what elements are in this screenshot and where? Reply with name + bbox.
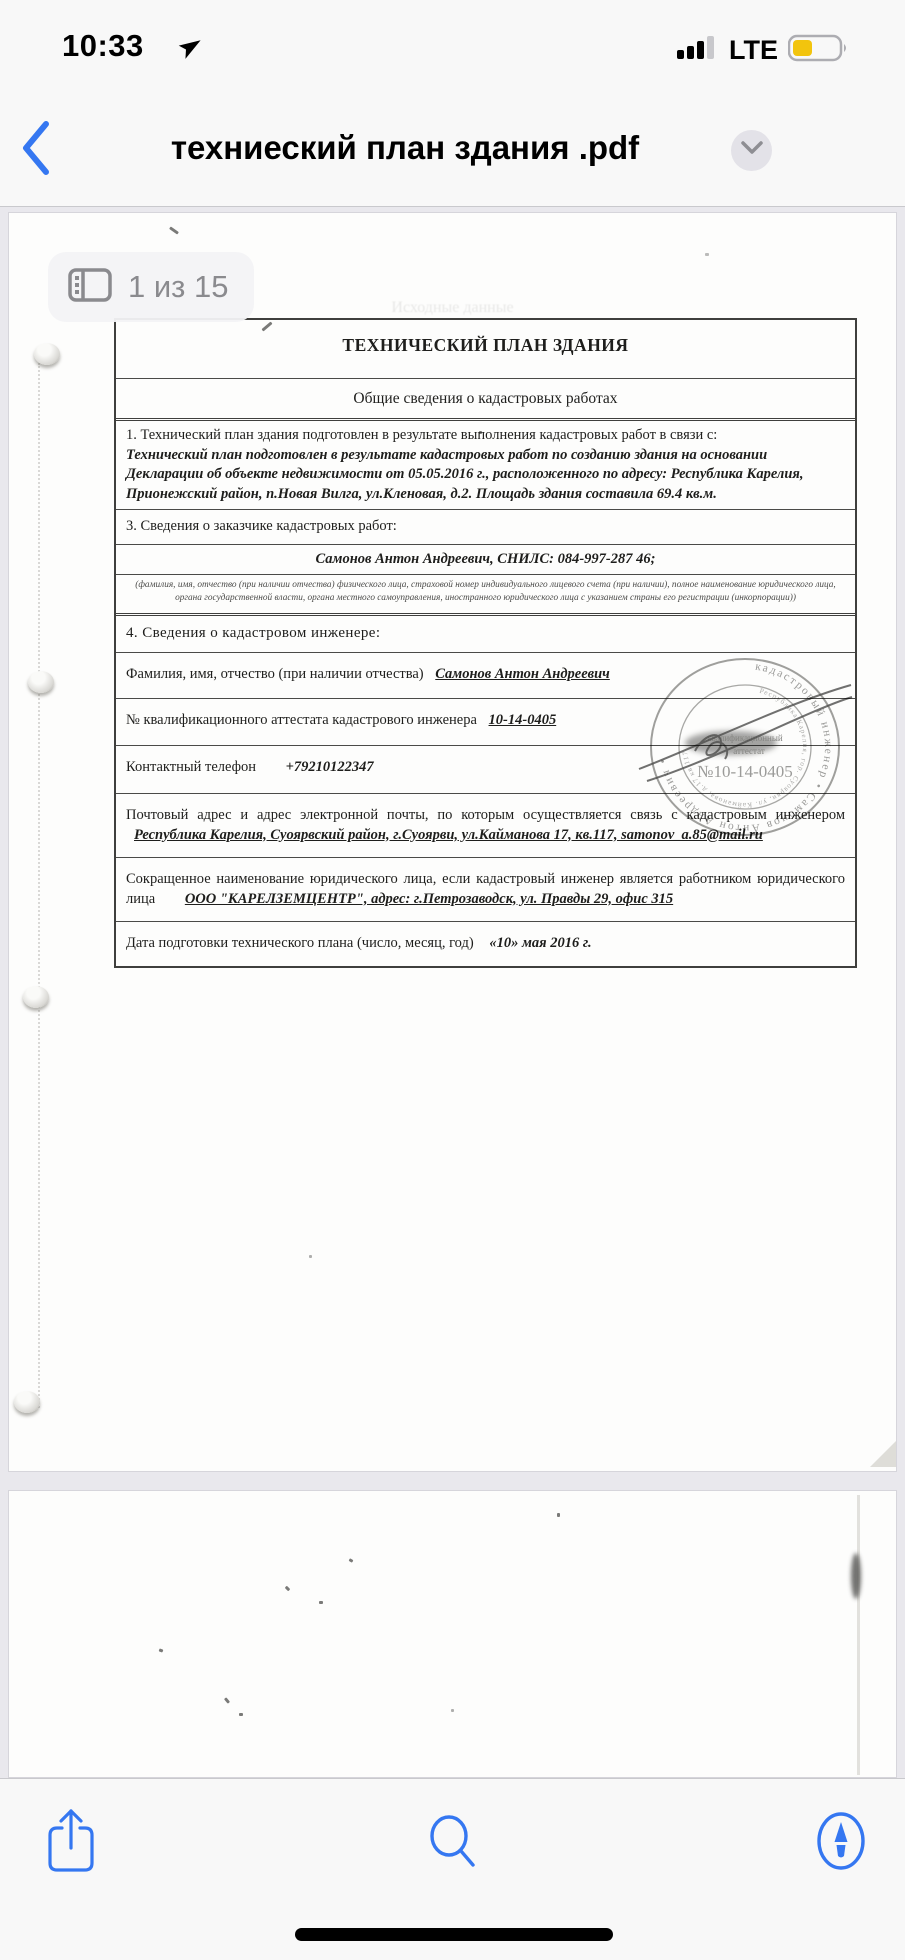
engineer-name-label: Фамилия, имя, отчество (при наличии отче…	[126, 666, 424, 682]
engineer-name-value: Самонов Антон Андреевич	[435, 666, 610, 682]
engineer-stamp: кадастровый инженер • Самонов Антон Андр…	[637, 651, 853, 847]
document-title: техниеский план здания .pdf	[70, 118, 740, 178]
section-1-body: Технический план подготовлен в результат…	[126, 447, 804, 502]
binding-grommet	[28, 671, 54, 693]
title-menu-button[interactable]	[731, 130, 772, 171]
section-1: 1. Технический план здания подготовлен в…	[116, 421, 855, 510]
binding-thread	[38, 363, 40, 1408]
document-table: ТЕХНИЧЕСКИЙ ПЛАН ЗДАНИЯ Общие сведения о…	[114, 318, 857, 968]
date-label: Дата подготовки технического плана (числ…	[126, 935, 474, 951]
org-value: ООО "КАРЕЛЗЕМЦЕНТР", адрес: г.Петрозавод…	[185, 891, 673, 907]
section-4-label: 4. Сведения о кадастровом инженере:	[116, 616, 855, 653]
network-type-label: LTE	[729, 35, 778, 66]
section-3-label: 3. Сведения о заказчике кадастровых рабо…	[116, 510, 855, 545]
page-corner-artifact	[870, 1441, 896, 1467]
home-indicator[interactable]	[295, 1928, 613, 1941]
page-indicator-label: 1 из 15	[128, 269, 228, 305]
phone-value: +79210122347	[286, 759, 374, 775]
sidebar-thumbnails-icon	[68, 268, 112, 307]
binding-grommet	[14, 1391, 40, 1413]
pdf-page-2[interactable]	[8, 1490, 897, 1778]
cellular-signal-icon	[677, 35, 719, 66]
binding-grommet	[34, 343, 60, 365]
bottom-toolbar	[0, 1778, 905, 1960]
location-arrow-icon	[176, 36, 202, 67]
markup-button[interactable]	[796, 1793, 886, 1893]
attestat-value: 10-14-0405	[489, 712, 557, 728]
stamp-number: №10-14-0405	[697, 762, 793, 781]
share-button[interactable]	[26, 1793, 116, 1893]
search-button[interactable]	[408, 1793, 498, 1893]
battery-icon	[788, 34, 850, 67]
markup-pen-icon	[814, 1810, 868, 1877]
phone-label: Контактный телефон	[126, 759, 256, 775]
status-time: 10:33	[62, 28, 144, 64]
doc-subtitle: Общие сведения о кадастровых работах	[116, 379, 855, 422]
date-value: «10» мая 2016 г.	[489, 935, 591, 951]
doc-main-title: ТЕХНИЧЕСКИЙ ПЛАН ЗДАНИЯ	[116, 320, 855, 379]
date-row: Дата подготовки технического плана (числ…	[116, 922, 855, 966]
chevron-down-icon	[741, 141, 763, 160]
section-1-intro: 1. Технический план здания подготовлен в…	[126, 427, 717, 443]
customer-note: (фамилия, имя, отчество (при наличии отч…	[116, 575, 855, 616]
page-indicator[interactable]: 1 из 15	[48, 252, 254, 322]
customer-value: Самонов Антон Андреевич, СНИЛС: 084-997-…	[316, 551, 656, 567]
org-row: Сокращенное наименование юридического ли…	[116, 858, 855, 922]
chevron-left-icon	[18, 165, 52, 182]
binding-grommet	[23, 986, 49, 1008]
back-button[interactable]	[18, 118, 62, 180]
status-bar: 10:33 LTE	[0, 0, 905, 100]
scan-smudge-artifact	[851, 1553, 861, 1599]
top-bars: 10:33 LTE	[0, 0, 905, 207]
scan-edge-artifact	[857, 1495, 860, 1775]
share-icon	[45, 1806, 97, 1881]
pdf-page-1[interactable]: Исходные данные ТЕХНИЧЕСКИЙ ПЛАН ЗДАНИЯ …	[8, 212, 897, 1472]
customer-row: Самонов Антон Андреевич, СНИЛС: 084-997-…	[116, 545, 855, 576]
search-icon	[424, 1812, 482, 1875]
stamp-caption-2: аттестат	[733, 746, 765, 756]
attestat-label: № квалификационного аттестата кадастрово…	[126, 712, 477, 728]
pdf-viewer[interactable]: 1 из 15 Исходные данные ТЕХНИЧЕСКИЙ ПЛАН…	[0, 208, 905, 1778]
